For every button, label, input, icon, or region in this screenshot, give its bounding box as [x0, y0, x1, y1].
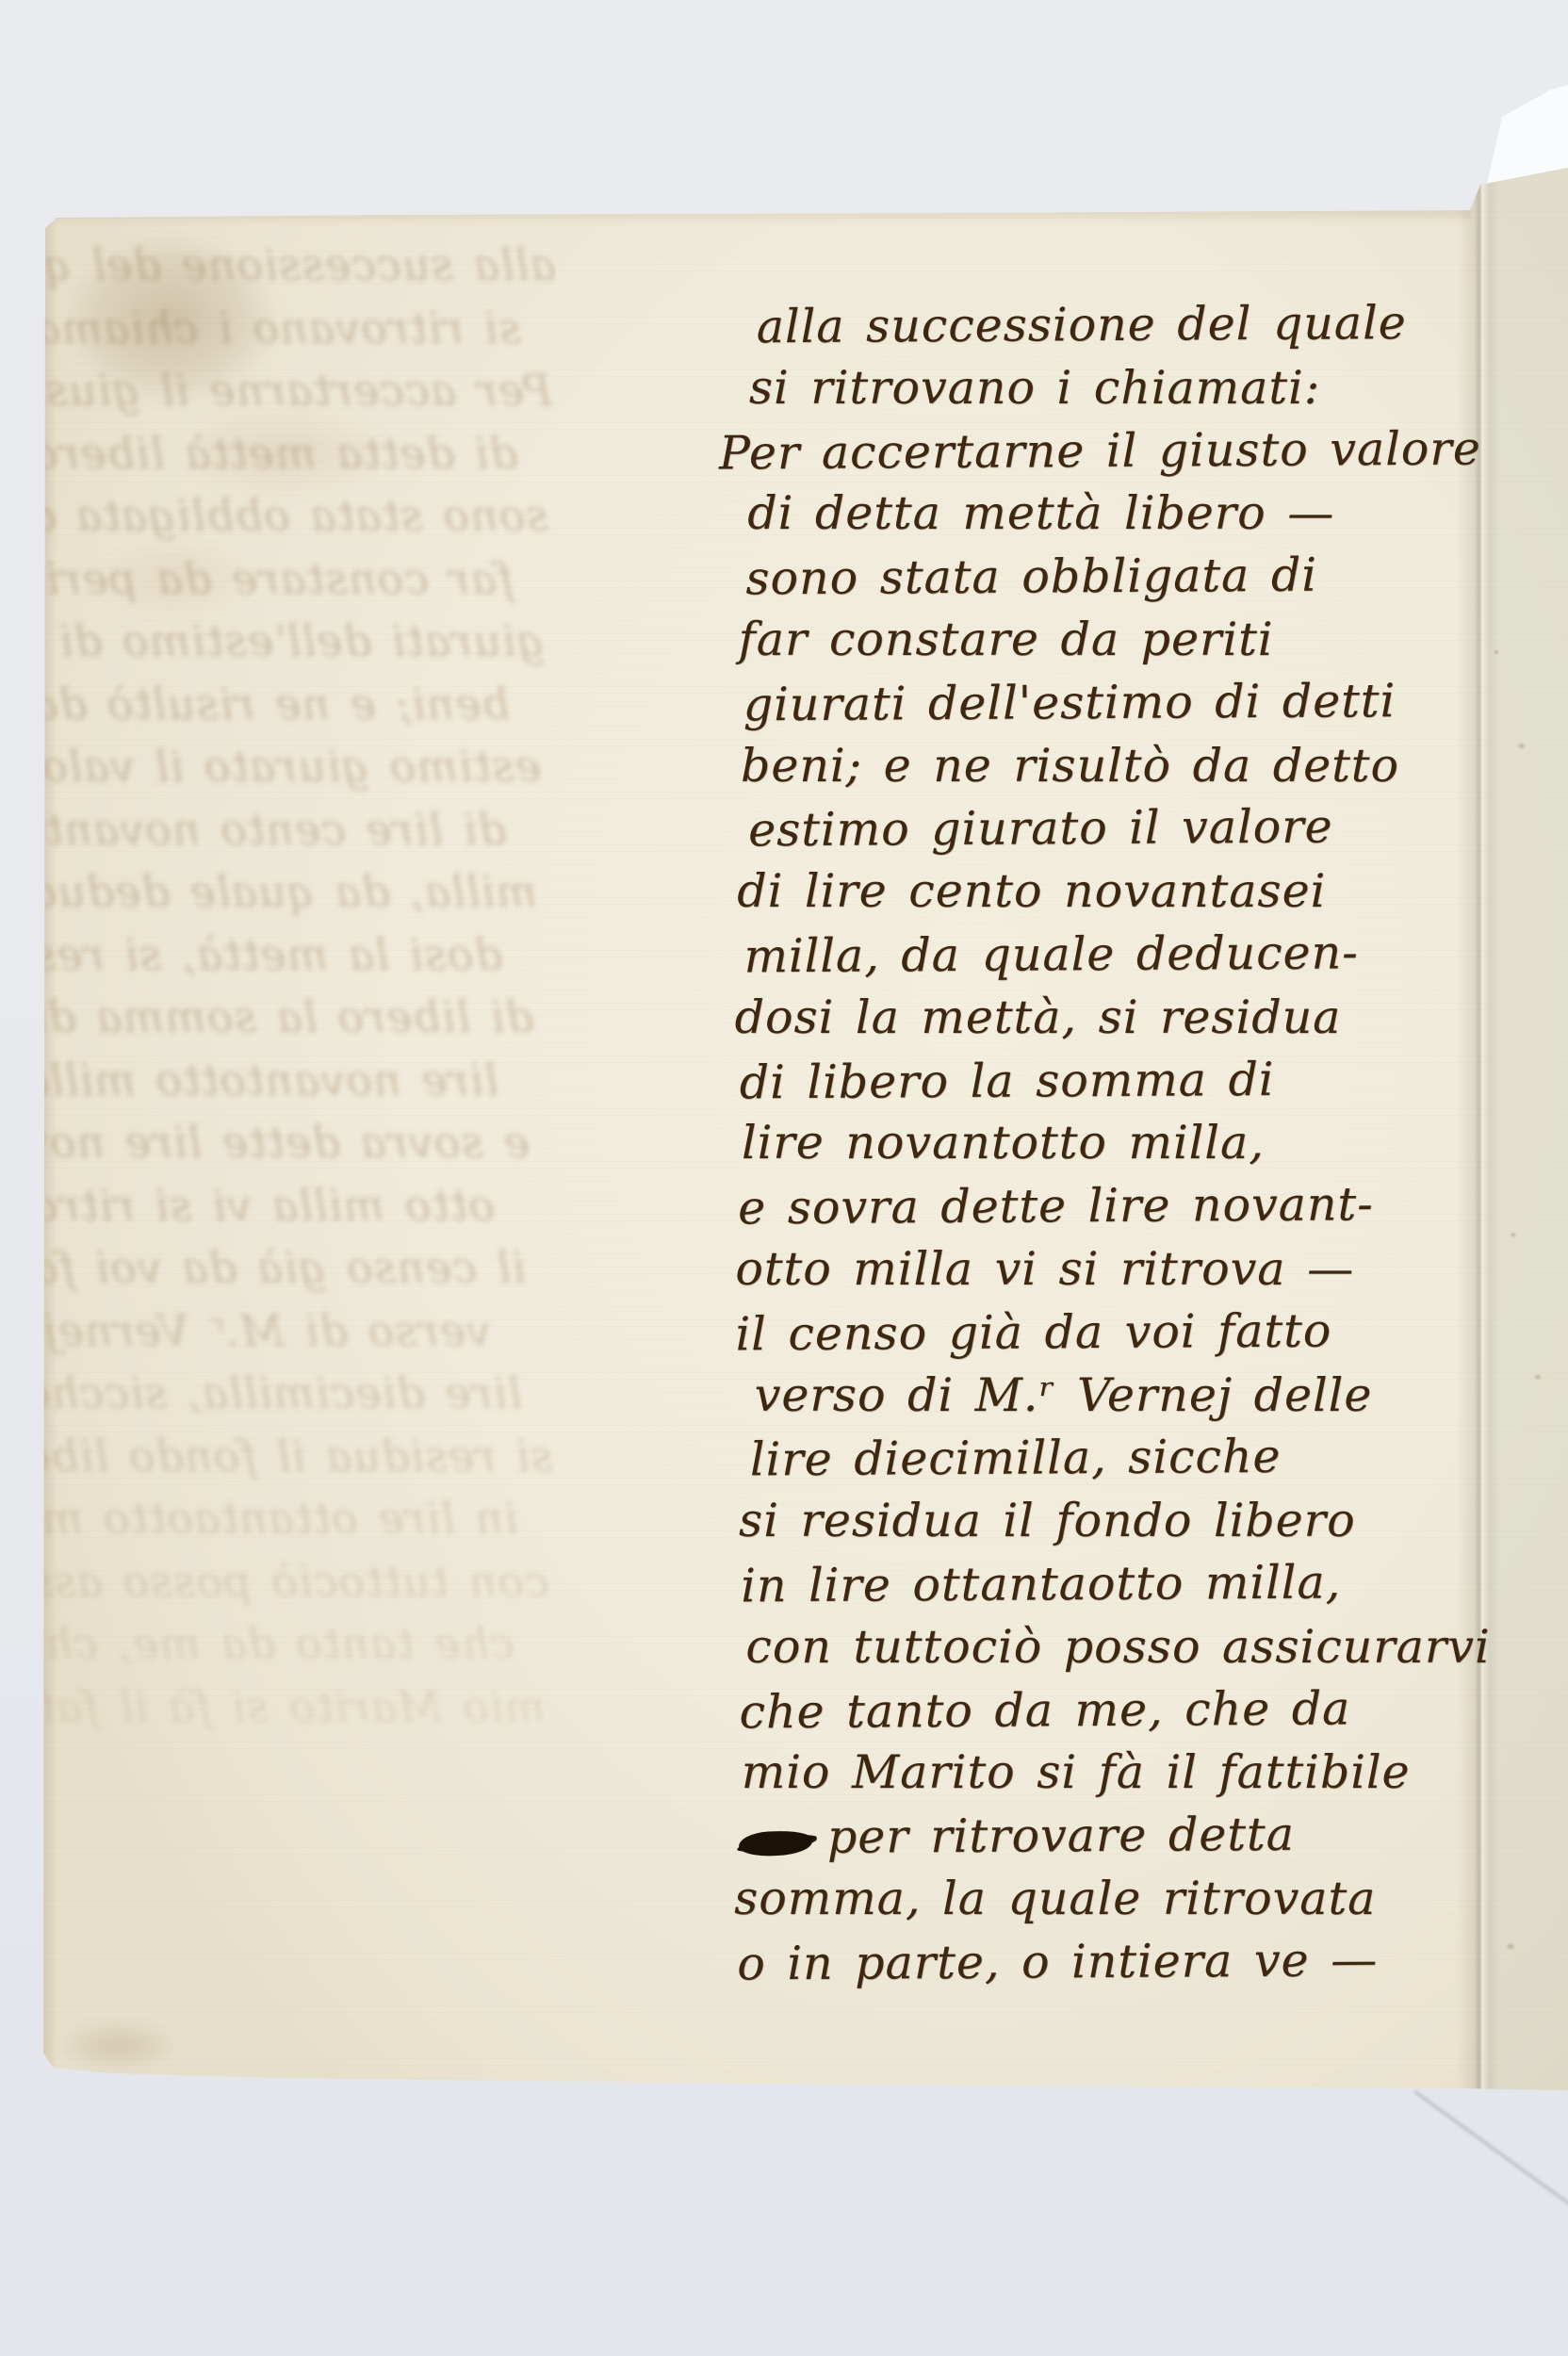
photo-backdrop: alla successione del qualesi ritrovano i… [0, 0, 1568, 2356]
manuscript-line: in lire ottantaotto milla, [741, 1551, 1476, 1619]
manuscript-line: o in parte, o intiera ve — [737, 1928, 1477, 1996]
verso-bleedthrough: alla successione del qualesi ritrovano i… [28, 234, 556, 2081]
manuscript-line: che tanto da me, che da [739, 1677, 1476, 1744]
bleedthrough-line: Per accertarne il giusto valore [28, 359, 552, 422]
bleedthrough-line: di detta mettà libero — [28, 422, 517, 485]
bleedthrough-line: si residua il fondo libero [28, 1425, 553, 1488]
bleedthrough-line: di lire cento novantasei [28, 798, 506, 861]
manuscript-line: si ritrovano i chiamati: [749, 357, 1473, 420]
manuscript-line: verso di M.ʳ Vernej delle [755, 1365, 1476, 1428]
bleedthrough-line: lire novantotto milla, [28, 1049, 498, 1112]
bleedthrough-line: con tuttociò posso assicurarvi [28, 1550, 549, 1613]
manuscript-line: estimo giurato il valore [748, 795, 1474, 862]
bleedthrough-line: verso di M.ʳ Vernej delle [28, 1300, 491, 1363]
manuscript-line: per ritrovare detta [737, 1803, 1477, 1871]
manuscript-line: dosi la mettà, si residua [735, 987, 1475, 1050]
manuscript-line: milla, da quale deducen- [743, 922, 1474, 990]
manuscript-line: somma, la quale ritrovata [734, 1868, 1477, 1931]
manuscript-line: giurati dell'estimo di detti [743, 669, 1474, 737]
manuscript-line: lire novantotto milla, [742, 1112, 1475, 1175]
bleedthrough-line: e sovra dette lire novant- [28, 1111, 530, 1174]
bleedthrough-line: si ritrovano i chiamati: [28, 297, 521, 360]
manuscript-line: il censo già da voi fatto [735, 1299, 1475, 1366]
manuscript-line: beni; e ne risultò da detto [741, 735, 1474, 798]
manuscript-line: Per accertarne il giusto valore [719, 417, 1473, 485]
manuscript-line: far constare da periti [739, 609, 1474, 672]
manuscript-line: lire diecimilla, sicche [750, 1425, 1476, 1492]
bleedthrough-line: sono stata obbligata di [28, 484, 548, 548]
bleedthrough-line: otto milla vi si ritrova — [28, 1174, 495, 1237]
letter-text: alla successione del qualesi ritrovano i… [719, 293, 1478, 1995]
manuscript-line: con tuttociò posso assicurarvi [745, 1616, 1476, 1679]
bleedthrough-line: di libero la somma di [28, 986, 533, 1049]
bleedthrough-line: giurati dell'estimo di detti [28, 610, 545, 673]
manuscript-line: mio Marito si fà il fattibile [742, 1742, 1477, 1805]
bleedthrough-line: beni; e ne risultò da detto [28, 673, 510, 736]
underlying-sheet-edge-shadow [1413, 2090, 1568, 2231]
manuscript-line: di lire cento novantasei [737, 860, 1474, 924]
manuscript-line: e sovra dette lire novant- [738, 1173, 1475, 1241]
bleedthrough-line: il censo già da voi fatto [28, 1236, 526, 1300]
bleedthrough-line: in lire ottantaotto milla, [28, 1487, 518, 1550]
bleedthrough-line: lire diecimilla, sicche [28, 1362, 522, 1425]
stain-top-edge [43, 209, 1471, 224]
manuscript-line: sono stata obbligata di [745, 544, 1473, 612]
bleedthrough-line: mio Marito si fà il fattibile [28, 1676, 546, 1739]
manuscript-line: di detta mettà libero — [747, 483, 1473, 546]
ink-blot-strikethrough [738, 1829, 812, 1858]
manuscript-line: otto milla vi si ritrova — [735, 1238, 1475, 1301]
bleedthrough-line: milla, da quale deducen- [28, 860, 537, 924]
manuscript-line: si residua il fondo libero [739, 1490, 1476, 1553]
bleedthrough-line: che tanto da me, che da [28, 1612, 514, 1676]
bleedthrough-line: dosi la mettà, si residua [28, 924, 502, 987]
bleedthrough-line: far constare da periti [28, 548, 514, 611]
bleedthrough-line: estimo giurato il valore [28, 735, 541, 798]
manuscript-page: alla successione del qualesi ritrovano i… [0, 0, 1568, 2356]
bleedthrough-line: alla successione del quale [28, 234, 556, 297]
manuscript-line: alla successione del quale [757, 292, 1473, 359]
manuscript-line: di libero la somma di [740, 1047, 1475, 1115]
